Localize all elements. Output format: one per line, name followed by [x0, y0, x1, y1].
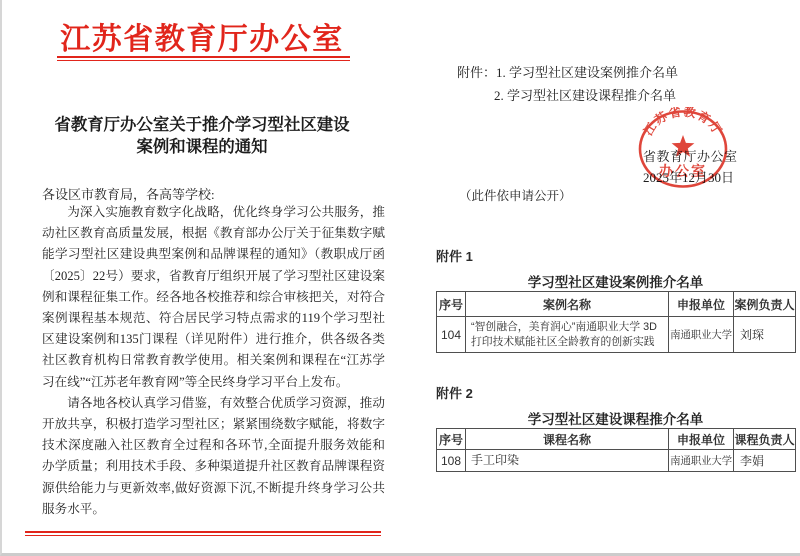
cell-course-name: 手工印染	[466, 450, 669, 472]
header-cell-seq: 序号	[437, 292, 466, 317]
attachment2-label: 附件 2	[436, 383, 473, 402]
attachment2-table: 序号 课程名称 申报单位 课程负责人 108 手工印染 南通职业大学 李娟	[436, 428, 796, 472]
body-paragraph-2: 请各地各校认真学习借鉴，有效整合优质学习资源，推动开放共享，积极打造学习型社区；…	[42, 393, 385, 520]
salutation: 各设区市教育局，各高等学校:	[42, 184, 215, 203]
cell-seq: 108	[437, 450, 466, 472]
letterhead-divider-line	[57, 56, 350, 61]
cell-person: 李娟	[734, 450, 796, 472]
header-cell-org: 申报单位	[669, 429, 734, 450]
seal-star-icon	[672, 135, 695, 157]
document-title-line2: 案例和课程的通知	[22, 136, 382, 158]
seal-bottom-text: 办公室	[659, 163, 707, 180]
attachment1-label: 附件 1	[436, 246, 473, 265]
header-cell-org: 申报单位	[669, 292, 734, 317]
header-cell-person: 案例负责人	[734, 292, 796, 317]
page-footer-line	[25, 531, 381, 536]
header-cell-course-name: 课程名称	[466, 429, 669, 450]
table-row: 108 手工印染 南通职业大学 李娟	[437, 450, 796, 472]
cell-person: 刘琛	[734, 317, 796, 353]
body-paragraph-1: 为深入实施教育数字化战略，优化终身学习公共服务，推动社区教育高质量发展，根据《教…	[42, 202, 385, 393]
body-text: 为深入实施教育数字化战略，优化终身学习公共服务，推动社区教育高质量发展，根据《教…	[42, 202, 385, 520]
header-cell-seq: 序号	[437, 429, 466, 450]
document-title: 省教育厅办公室关于推介学习型社区建设 案例和课程的通知	[22, 114, 382, 158]
attachment1-table-title: 学习型社区建设案例推介名单	[436, 271, 795, 291]
disclosure-note: （此件依申请公开）	[459, 186, 572, 204]
table-row: 104 “智创融合，美育润心”南通职业大学 3D 打印技术赋能社区全龄教育的创新…	[437, 317, 796, 353]
attachment1-table-header-row: 序号 案例名称 申报单位 案例负责人	[437, 292, 796, 317]
cell-case-name: “智创融合，美育润心”南通职业大学 3D 打印技术赋能社区全龄教育的创新实践	[466, 317, 669, 353]
document-spread: 江苏省教育厅办公室 省教育厅办公室关于推介学习型社区建设 案例和课程的通知 各设…	[0, 0, 800, 556]
attachments-label: 附件：	[457, 65, 496, 80]
attachment-item-1: 1. 学习型社区建设案例推介名单	[496, 65, 678, 80]
cell-org: 南通职业大学	[669, 450, 734, 472]
official-seal-stamp: 江苏省教育厅 办公室	[635, 107, 731, 193]
cell-org: 南通职业大学	[669, 317, 734, 353]
attachment2-table-header-row: 序号 课程名称 申报单位 课程负责人	[437, 429, 796, 450]
attachments-list-line1: 附件：1. 学习型社区建设案例推介名单	[457, 62, 678, 81]
attachment1-table: 序号 案例名称 申报单位 案例负责人 104 “智创融合，美育润心”南通职业大学…	[436, 291, 796, 353]
header-cell-person: 课程负责人	[734, 429, 796, 450]
letterhead-title: 江苏省教育厅办公室	[2, 14, 402, 58]
header-cell-case-name: 案例名称	[466, 292, 669, 317]
document-title-line1: 省教育厅办公室关于推介学习型社区建设	[22, 114, 382, 136]
attachment-item-2: 2. 学习型社区建设课程推介名单	[494, 85, 676, 104]
attachment2-table-title: 学习型社区建设课程推介名单	[436, 408, 795, 428]
cell-seq: 104	[437, 317, 466, 353]
